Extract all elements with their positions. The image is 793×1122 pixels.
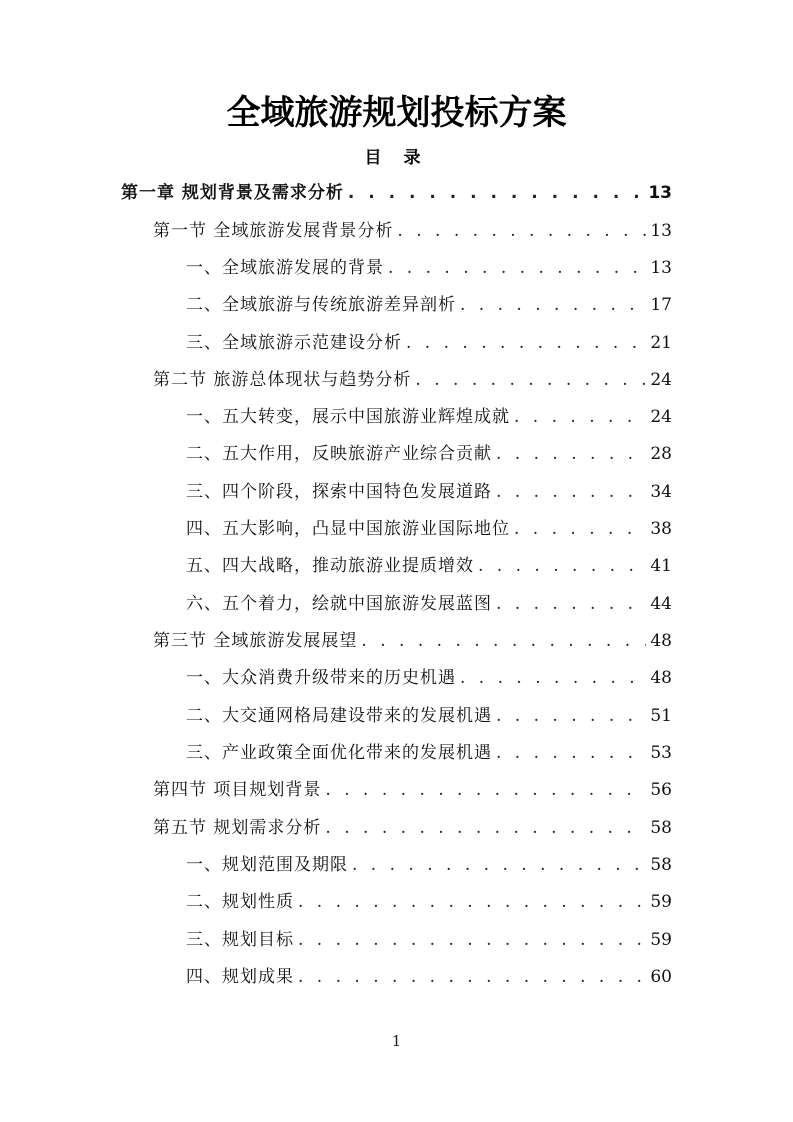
toc-entry-page: 13	[650, 250, 672, 287]
toc-entry-label: 五、四大战略，推动旅游业提质增效	[186, 548, 474, 585]
toc-dot-leader	[298, 884, 646, 921]
toc-dot-leader	[496, 436, 646, 473]
toc-entry-page: 13	[650, 213, 672, 250]
toc-dot-leader	[325, 772, 646, 809]
toc-subsection-entry[interactable]: 一、全域旅游发展的背景13	[186, 250, 672, 287]
toc-entry-label: 第三节 全域旅游发展展望	[153, 623, 357, 660]
toc-entry-page: 44	[650, 586, 672, 623]
toc-entry-label: 一、大众消费升级带来的历史机遇	[186, 660, 456, 697]
toc-entry-page: 53	[650, 735, 672, 772]
toc-entry-page: 24	[650, 362, 672, 399]
toc-entry-label: 四、五大影响，凸显中国旅游业国际地位	[186, 511, 510, 548]
toc-section-entry[interactable]: 第五节 规划需求分析58	[153, 810, 672, 847]
toc-subsection-entry[interactable]: 二、全域旅游与传统旅游差异剖析17	[186, 287, 672, 324]
toc-subsection-entry[interactable]: 三、产业政策全面优化带来的发展机遇53	[186, 735, 672, 772]
toc-subsection-entry[interactable]: 二、规划性质59	[186, 884, 672, 921]
toc-entry-label: 一、全域旅游发展的背景	[186, 250, 384, 287]
toc-entry-label: 第一节 全域旅游发展背景分析	[153, 213, 393, 250]
toc-entry-label: 三、产业政策全面优化带来的发展机遇	[186, 735, 492, 772]
toc-chapter-entry[interactable]: 第一章 规划背景及需求分析13	[121, 175, 672, 212]
toc-entry-label: 一、规划范围及期限	[186, 847, 348, 884]
toc-subsection-entry[interactable]: 一、规划范围及期限58	[186, 847, 672, 884]
toc-entry-page: 41	[650, 548, 672, 585]
toc-entry-label: 第四节 项目规划背景	[153, 772, 321, 809]
toc-dot-leader	[496, 474, 646, 511]
toc-dot-leader	[352, 847, 646, 884]
toc-entry-page: 48	[650, 623, 672, 660]
toc-dot-leader	[348, 175, 644, 212]
toc-dot-leader	[460, 287, 646, 324]
toc-subsection-entry[interactable]: 五、四大战略，推动旅游业提质增效41	[186, 548, 672, 585]
toc-dot-leader	[496, 698, 646, 735]
toc-dot-leader	[397, 213, 646, 250]
toc-subsection-entry[interactable]: 六、五个着力，绘就中国旅游发展蓝图44	[186, 586, 672, 623]
toc-dot-leader	[415, 362, 646, 399]
toc-entry-label: 第五节 规划需求分析	[153, 810, 321, 847]
toc-subsection-entry[interactable]: 四、五大影响，凸显中国旅游业国际地位38	[186, 511, 672, 548]
toc-entry-label: 三、规划目标	[186, 922, 294, 959]
toc-subsection-entry[interactable]: 三、规划目标59	[186, 922, 672, 959]
toc-entry-page: 59	[650, 922, 672, 959]
toc-entry-page: 58	[650, 847, 672, 884]
toc-entry-page: 48	[650, 660, 672, 697]
toc-entry-page: 28	[650, 436, 672, 473]
toc-entry-page: 24	[650, 399, 672, 436]
toc-entry-page: 38	[650, 511, 672, 548]
toc-section-entry[interactable]: 第一节 全域旅游发展背景分析13	[153, 213, 672, 250]
toc-entry-label: 二、规划性质	[186, 884, 294, 921]
page-number: 1	[0, 1032, 793, 1050]
toc-dot-leader	[361, 623, 646, 660]
toc-dot-leader	[388, 250, 646, 287]
toc-section-entry[interactable]: 第二节 旅游总体现状与趋势分析24	[153, 362, 672, 399]
toc-subsection-entry[interactable]: 三、四个阶段，探索中国特色发展道路34	[186, 474, 672, 511]
toc-entry-label: 三、全域旅游示范建设分析	[186, 325, 402, 362]
toc-entry-label: 四、规划成果	[186, 959, 294, 996]
toc-entry-label: 六、五个着力，绘就中国旅游发展蓝图	[186, 586, 492, 623]
toc-dot-leader	[514, 511, 646, 548]
toc-dot-leader	[460, 660, 646, 697]
toc-dot-leader	[496, 735, 646, 772]
toc-section-entry[interactable]: 第三节 全域旅游发展展望48	[153, 623, 672, 660]
toc-entry-page: 21	[650, 325, 672, 362]
toc-entry-page: 51	[650, 698, 672, 735]
toc-dot-leader	[325, 810, 646, 847]
toc-subsection-entry[interactable]: 三、全域旅游示范建设分析21	[186, 325, 672, 362]
toc-entry-page: 13	[648, 175, 672, 212]
toc-entry-label: 二、大交通网格局建设带来的发展机遇	[186, 698, 492, 735]
toc-entry-label: 三、四个阶段，探索中国特色发展道路	[186, 474, 492, 511]
toc-entry-label: 一、五大转变，展示中国旅游业辉煌成就	[186, 399, 510, 436]
toc-subsection-entry[interactable]: 二、大交通网格局建设带来的发展机遇51	[186, 698, 672, 735]
toc-dot-leader	[298, 922, 646, 959]
toc-entry-page: 60	[650, 959, 672, 996]
toc-entry-label: 第二节 旅游总体现状与趋势分析	[153, 362, 411, 399]
document-title: 全域旅游规划投标方案	[0, 88, 793, 138]
toc-entry-page: 56	[650, 772, 672, 809]
toc-entry-page: 34	[650, 474, 672, 511]
toc-dot-leader	[478, 548, 646, 585]
toc-entry-label: 二、五大作用，反映旅游产业综合贡献	[186, 436, 492, 473]
toc-dot-leader	[406, 325, 646, 362]
toc-entry-page: 17	[650, 287, 672, 324]
toc-entry-page: 58	[650, 810, 672, 847]
toc-dot-leader	[298, 959, 646, 996]
toc-subsection-entry[interactable]: 四、规划成果60	[186, 959, 672, 996]
toc-entry-label: 第一章 规划背景及需求分析	[121, 175, 344, 212]
toc-subsection-entry[interactable]: 一、五大转变，展示中国旅游业辉煌成就24	[186, 399, 672, 436]
toc-dot-leader	[496, 586, 646, 623]
toc-section-entry[interactable]: 第四节 项目规划背景56	[153, 772, 672, 809]
toc-heading: 目 录	[0, 146, 793, 170]
toc-entry-page: 59	[650, 884, 672, 921]
toc-subsection-entry[interactable]: 二、五大作用，反映旅游产业综合贡献28	[186, 436, 672, 473]
toc-dot-leader	[514, 399, 646, 436]
toc-entry-label: 二、全域旅游与传统旅游差异剖析	[186, 287, 456, 324]
toc-subsection-entry[interactable]: 一、大众消费升级带来的历史机遇48	[186, 660, 672, 697]
